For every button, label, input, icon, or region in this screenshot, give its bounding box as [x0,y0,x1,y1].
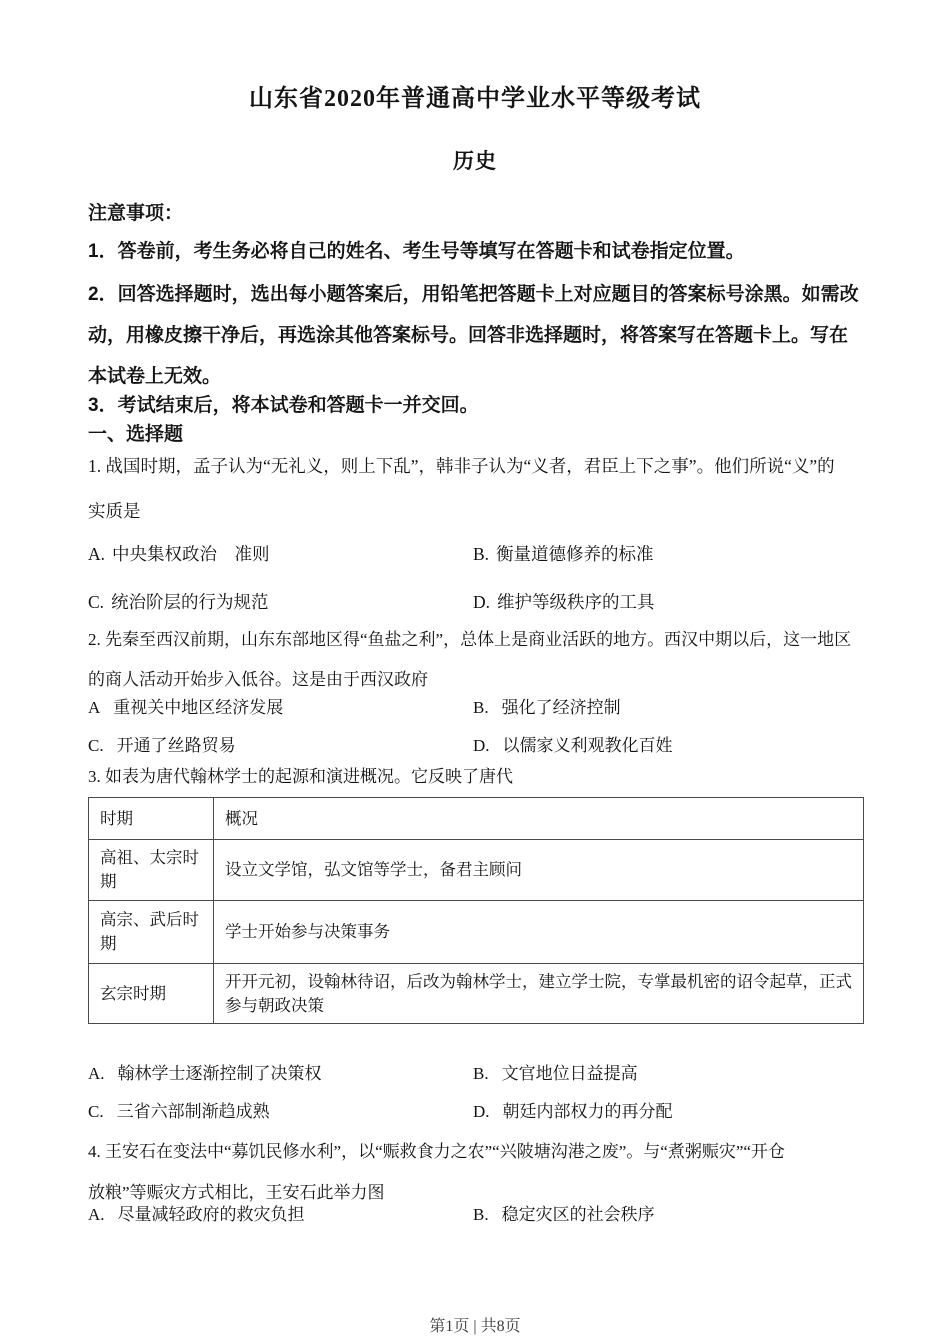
question-2-text: 2. 先秦至西汉前期，山东东部地区得“鱼盐之利”，总体上是商业活跃的地方。西汉中… [88,620,868,700]
option-text: 中央集权政治 准则 [112,544,270,564]
option-letter: B. [473,1064,489,1083]
question-4-line-1: 4. 王安石在变法中“募饥民修水利”，以“赈救食力之农”“兴陂塘沟港之废”。与“… [88,1131,868,1172]
question-1-option-b: B.衡量道德修养的标准 [473,530,654,578]
option-letter: A. [88,544,105,564]
hanlin-scholars-table: 时期 概况 高祖、太宗时期 设立文学馆，弘文馆等学士，备君主顾问 高宗、武后时期… [88,797,864,1024]
exam-document-page: { "header": { "title": "山东省2020年普通高中学业水平… [0,0,950,1344]
table-row: 玄宗时期 开开元初，设翰林待诏，后改为翰林学士，建立学士院，专掌最机密的诏令起草… [89,964,864,1024]
question-2-line-1: 2. 先秦至西汉前期，山东东部地区得“鱼盐之利”，总体上是商业活跃的地方。西汉中… [88,620,868,660]
table-header-row: 时期 概况 [89,798,864,840]
option-letter: C. [88,736,104,755]
option-row: C.统治阶层的行为规范 D.维护等级秩序的工具 [88,578,868,626]
notice-item-2-line-1: 2．回答选择题时，选出每小题答案后，用铅笔把答题卡上对应题目的答案标号涂黑。如需… [88,274,868,315]
option-letter: B. [473,698,489,717]
option-text: 文官地位日益提高 [502,1064,638,1083]
table-cell-overview: 开开元初，设翰林待诏，后改为翰林学士，建立学士院，专掌最机密的诏令起草，正式参与… [214,964,864,1024]
question-2-option-a: A重视关中地区经济发展 [88,689,473,727]
table-cell-period: 玄宗时期 [89,964,214,1024]
option-letter: B. [473,1205,489,1224]
notice-item-2-line-2: 动，用橡皮擦干净后，再选涂其他答案标号。回答非选择题时，将答案写在答题卡上。写在 [88,315,868,356]
question-3-option-d: D.朝廷内部权力的再分配 [473,1093,673,1131]
option-text: 尽量减轻政府的救灾负担 [118,1205,305,1224]
question-1-text: 1. 战国时期，孟子认为“无礼义，则上下乱”，韩非子认为“义者，君臣上下之事”。… [88,444,868,534]
option-text: 衡量道德修养的标准 [496,544,654,564]
table-cell-overview: 设立文学馆，弘文馆等学士，备君主顾问 [214,840,864,901]
question-4-options: A.尽量减轻政府的救灾负担 B.稳定灾区的社会秩序 [88,1196,868,1234]
question-3-options: A.翰林学士逐渐控制了决策权 B.文官地位日益提高 C.三省六部制渐趋成熟 D.… [88,1055,868,1131]
question-3-option-c: C.三省六部制渐趋成熟 [88,1093,473,1131]
option-text: 统治阶层的行为规范 [111,592,269,612]
page-number-footer: 第1页 | 共8页 [0,1316,950,1338]
question-1-option-d: D.维护等级秩序的工具 [473,578,655,626]
option-letter: D. [473,1102,490,1121]
table-row: 高祖、太宗时期 设立文学馆，弘文馆等学士，备君主顾问 [89,840,864,901]
table-cell-period: 高祖、太宗时期 [89,840,214,901]
table-row: 高宗、武后时期 学士开始参与决策事务 [89,901,864,964]
table-cell-period: 高宗、武后时期 [89,901,214,964]
notice-item-1: 1．答卷前，考生务必将自己的姓名、考生号等填写在答题卡和试卷指定位置。 [88,237,868,267]
option-row: A.尽量减轻政府的救灾负担 B.稳定灾区的社会秩序 [88,1196,868,1234]
table-cell-overview: 学士开始参与决策事务 [214,901,864,964]
question-3-option-a: A.翰林学士逐渐控制了决策权 [88,1055,473,1093]
notice-item-3: 3．考试结束后，将本试卷和答题卡一并交回。 [88,391,868,421]
option-text: 强化了经济控制 [502,698,621,717]
notice-item-2: 2．回答选择题时，选出每小题答案后，用铅笔把答题卡上对应题目的答案标号涂黑。如需… [88,274,868,397]
question-1-option-a: A.中央集权政治 准则 [88,530,473,578]
option-letter: D. [473,736,490,755]
option-text: 朝廷内部权力的再分配 [503,1102,673,1121]
question-3-table-wrap: 时期 概况 高祖、太宗时期 设立文学馆，弘文馆等学士，备君主顾问 高宗、武后时期… [88,797,868,1024]
question-2-options: A重视关中地区经济发展 B.强化了经济控制 C.开通了丝路贸易 D.以儒家义利观… [88,689,868,765]
option-text: 维护等级秩序的工具 [497,592,655,612]
question-1-option-c: C.统治阶层的行为规范 [88,578,473,626]
option-row: C.三省六部制渐趋成熟 D.朝廷内部权力的再分配 [88,1093,868,1131]
option-letter: D. [473,592,490,612]
notice-label: 注意事项： [88,199,868,229]
option-row: A重视关中地区经济发展 B.强化了经济控制 [88,689,868,727]
question-2-option-b: B.强化了经济控制 [473,689,621,727]
table-header-overview: 概况 [214,798,864,840]
question-3-text: 3. 如表为唐代翰林学士的起源和演进概况。它反映了唐代 [88,757,868,797]
page-subtitle: 历史 [0,147,950,175]
option-letter: C. [88,1102,104,1121]
page-title: 山东省2020年普通高中学业水平等级考试 [0,84,950,114]
table-header-period: 时期 [89,798,214,840]
option-letter: A. [88,1205,105,1224]
option-letter: A [88,698,100,717]
option-letter: B. [473,544,489,564]
question-1-options: A.中央集权政治 准则 B.衡量道德修养的标准 C.统治阶层的行为规范 D.维护… [88,530,868,626]
option-text: 以儒家义利观教化百姓 [503,736,673,755]
option-text: 翰林学士逐渐控制了决策权 [118,1064,322,1083]
question-1-line-2: 实质是 [88,489,868,534]
option-row: A.翰林学士逐渐控制了决策权 B.文官地位日益提高 [88,1055,868,1093]
option-text: 开通了丝路贸易 [117,736,236,755]
option-text: 三省六部制渐趋成熟 [117,1102,270,1121]
question-1-line-1: 1. 战国时期，孟子认为“无礼义，则上下乱”，韩非子认为“义者，君臣上下之事”。… [88,444,868,489]
option-row: A.中央集权政治 准则 B.衡量道德修养的标准 [88,530,868,578]
question-4-option-b: B.稳定灾区的社会秩序 [473,1196,655,1234]
option-text: 重视关中地区经济发展 [113,698,283,717]
option-letter: A. [88,1064,105,1083]
question-4-option-a: A.尽量减轻政府的救灾负担 [88,1196,473,1234]
option-letter: C. [88,592,104,612]
question-3-option-b: B.文官地位日益提高 [473,1055,638,1093]
option-text: 稳定灾区的社会秩序 [502,1205,655,1224]
